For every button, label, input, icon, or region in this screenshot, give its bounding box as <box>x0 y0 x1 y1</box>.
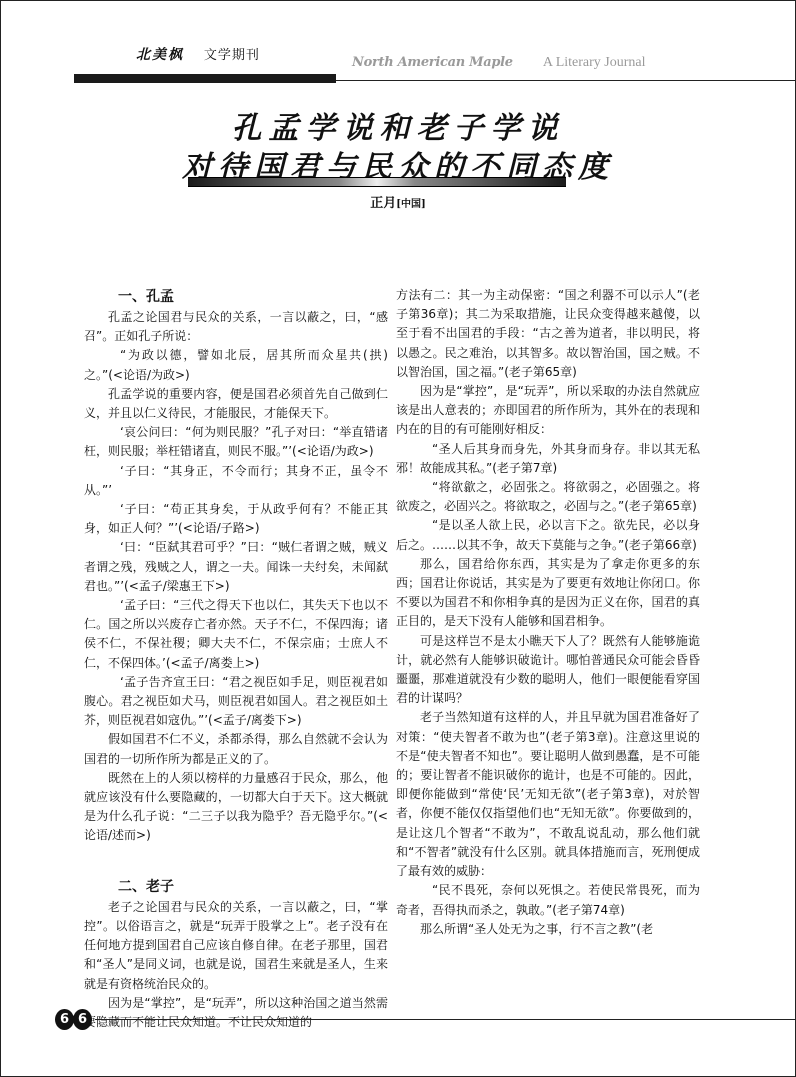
quotation-paragraph: “圣人后其身而身先，外其身而身存。非以其无私邪！故能成其私。”(老子第7章) <box>396 440 700 478</box>
quotation-paragraph: ‘哀公问曰：“何为则民服？”孔子对曰：“举直错诸枉，则民服；举枉错诸直，则民不服… <box>84 423 388 461</box>
body-paragraph: 可是这样岂不是太小瞧天下人了？既然有人能够施诡计，就必然有人能够识破诡计。哪怕普… <box>396 632 700 709</box>
magazine-name-en: North American Maple <box>352 55 513 70</box>
quotation-paragraph: “将欲歙之，必固张之。将欲弱之，必固强之。将欲废之，必固兴之。将欲取之，必固与之… <box>396 478 700 516</box>
body-paragraph: 孔孟学说的重要内容，便是国君必须首先自己做到仁义，并且以仁义待民，才能服民，才能… <box>84 385 388 423</box>
author-country: [中国] <box>396 199 425 210</box>
section-heading-2: 二、老子 <box>84 876 388 898</box>
footer-rule <box>95 1019 796 1020</box>
header-rule-thick <box>74 74 336 83</box>
quotation-paragraph: ‘孟子曰：“三代之得天下也以仁，其失天下也以不仁。国之所以兴废存亡者亦然。天子不… <box>84 596 388 673</box>
page-number: 6 6 <box>55 1009 91 1030</box>
body-paragraph: 那么，国君给你东西，其实是为了拿走你更多的东西；国君让你说话，其实是为了要更有效… <box>396 555 700 632</box>
quotation-paragraph: “民不畏死，奈何以死惧之。若使民常畏死，而为奇者，吾得执而杀之，孰敢。”(老子第… <box>396 881 700 919</box>
section-heading-1: 一、孔孟 <box>84 286 388 308</box>
section-2-body: 老子之论国君与民众的关系，一言以蔽之，曰，“掌控”。以俗语言之，就是“玩弄于股掌… <box>84 898 388 1032</box>
quotation-paragraph: ‘子曰：“其身正，不令而行；其身不正，虽令不从。”’ <box>84 462 388 500</box>
quotation-paragraph: ‘孟子告齐宣王曰：“君之视臣如手足，则臣视君如腹心。君之视臣如犬马，则臣视君如国… <box>84 673 388 731</box>
masthead-cn: 北美枫 文学期刊 <box>136 44 260 64</box>
body-paragraph: 孔孟之论国君与民众的关系，一言以蔽之，曰，“感召”。正如孔子所说： <box>84 308 388 346</box>
quotation-paragraph: “是以圣人欲上民，必以言下之。欲先民，必以身后之。……以其不争，故天下莫能与之争… <box>396 516 700 554</box>
article-title-line1: 孔孟学说和老子学说 <box>0 103 796 147</box>
body-paragraph: 假如国君不仁不义，杀都杀得，那么自然就不会认为国君的一切所作所为都是正义的了。 <box>84 730 388 768</box>
body-paragraph: 因为是“掌控”，是“玩弄”，所以采取的办法自然就应该是出人意表的；亦即国君的所作… <box>396 382 700 440</box>
right-column-body: 方法有二：其一为主动保密：“国之利器不可以示人”(老子第36章)；其二为采取措施… <box>396 286 700 939</box>
page-digit: 6 <box>55 1009 74 1030</box>
magazine-subtitle-en: A Literary Journal <box>543 55 646 70</box>
quotation-paragraph: “为政以德，譬如北辰，居其所而众星共(拱)之。”(<论语/为政>) <box>84 346 388 384</box>
section-1-body: 孔孟之论国君与民众的关系，一言以蔽之，曰，“感召”。正如孔子所说：“为政以德，譬… <box>84 308 388 846</box>
right-column: 方法有二：其一为主动保密：“国之利器不可以示人”(老子第36章)；其二为采取措施… <box>396 286 700 939</box>
left-column: 一、孔孟 孔孟之论国君与民众的关系，一言以蔽之，曰，“感召”。正如孔子所说：“为… <box>84 286 388 1032</box>
title-gradient-rule <box>188 177 566 187</box>
body-paragraph: 既然在上的人须以榜样的力量感召于民众，那么，他就应该没有什么要隐藏的，一切都大白… <box>84 769 388 846</box>
magazine-name-cn: 北美枫 <box>136 47 184 63</box>
page-digit: 6 <box>73 1009 92 1030</box>
body-paragraph: 老子之论国君与民众的关系，一言以蔽之，曰，“掌控”。以俗语言之，就是“玩弄于股掌… <box>84 898 388 994</box>
magazine-subtitle-cn: 文学期刊 <box>204 48 260 63</box>
body-paragraph: 因为是“掌控”，是“玩弄”，所以这种治国之道当然需要隐藏而不能让民众知道。不让民… <box>84 994 388 1032</box>
body-paragraph: 老子当然知道有这样的人，并且早就为国君准备好了对策：“使夫智者不敢为也”(老子第… <box>396 708 700 881</box>
quotation-paragraph: ‘子曰：“苟正其身矣，于从政乎何有？不能正其身，如正人何？”’(<论语/子路>) <box>84 500 388 538</box>
quotation-paragraph: ‘曰：“臣弑其君可乎？”曰：“贼仁者谓之贼，贼义者谓之残，残贼之人，谓之一夫。闻… <box>84 538 388 596</box>
header-rule-thin <box>336 80 796 81</box>
author-byline: 正月[中国] <box>0 192 796 211</box>
body-paragraph: 那么所谓“圣人处无为之事，行不言之教”(老 <box>396 920 700 939</box>
masthead-en: North American Maple A Literary Journal <box>352 55 646 71</box>
body-paragraph: 方法有二：其一为主动保密：“国之利器不可以示人”(老子第36章)；其二为采取措施… <box>396 286 700 382</box>
author-name: 正月 <box>370 196 396 211</box>
